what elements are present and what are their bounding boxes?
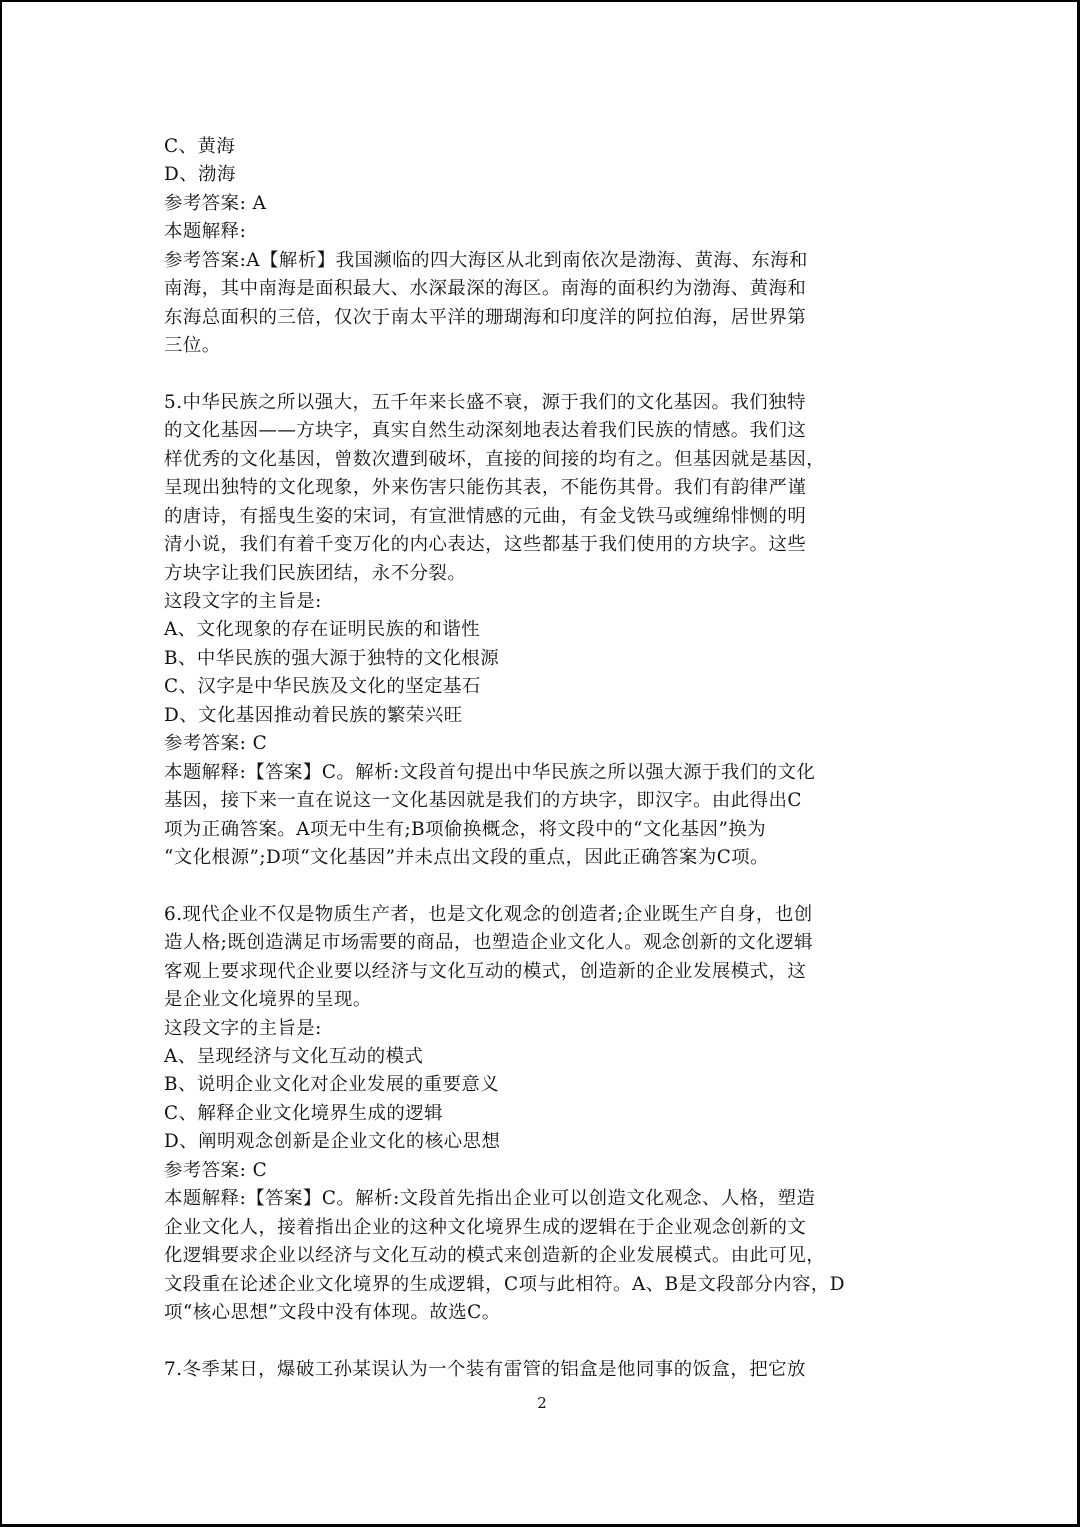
explanation-line: 文段重在论述企业文化境界的生成逻辑，C项与此相符。A、B是文段部分内容，D (164, 1271, 924, 1299)
question-stem-line: 是企业文化境界的呈现。 (164, 986, 924, 1014)
explanation-line: 项“核心思想”文段中没有体现。故选C。 (164, 1299, 924, 1327)
explanation-label: 本题解释: (164, 218, 924, 246)
option-d: D、阐明观念创新是企业文化的核心思想 (164, 1128, 924, 1156)
explanation-line: 企业文化人，接着指出企业的这种文化境界生成的逻辑在于企业观念创新的文 (164, 1214, 924, 1242)
question-stem-line: 造人格;既创造满足市场需要的商品，也塑造企业文化人。观念创新的文化逻辑 (164, 929, 924, 957)
question-stem-line: 方块字让我们民族团结，永不分裂。 (164, 560, 924, 588)
question-6-block: 6.现代企业不仅是物质生产者，也是文化观念的创造者;企业既生产自身，也创 造人格… (164, 901, 924, 1328)
question-prompt: 这段文字的主旨是: (164, 1015, 924, 1043)
explanation-line: 三位。 (164, 332, 924, 360)
reference-answer: 参考答案: C (164, 1157, 924, 1185)
question-7-block: 7.冬季某日，爆破工孙某误认为一个装有雷管的铝盒是他同事的饭盒，把它放 (164, 1356, 924, 1384)
option-d: D、文化基因推动着民族的繁荣兴旺 (164, 702, 924, 730)
question-stem-line: 客观上要求现代企业要以经济与文化互动的模式，创造新的企业发展模式，这 (164, 958, 924, 986)
spacer (164, 872, 924, 900)
question-stem-line: 清小说，我们有着千变万化的内心表达，这些都基于我们使用的方块字。这些 (164, 531, 924, 559)
reference-answer: 参考答案: A (164, 190, 924, 218)
question-stem-line: 的文化基因——方块字，真实自然生动深刻地表达着我们民族的情感。我们这 (164, 417, 924, 445)
option-b: B、中华民族的强大源于独特的文化根源 (164, 645, 924, 673)
explanation-line: 参考答案:A【解析】我国濒临的四大海区从北到南依次是渤海、黄海、东海和 (164, 247, 924, 275)
option-d: D、渤海 (164, 161, 924, 189)
option-a: A、文化现象的存在证明民族的和谐性 (164, 616, 924, 644)
explanation-line: 本题解释:【答案】C。解析:文段首先指出企业可以创造文化观念、人格，塑造 (164, 1185, 924, 1213)
reference-answer: 参考答案: C (164, 730, 924, 758)
document-page: C、黄海 D、渤海 参考答案: A 本题解释: 参考答案:A【解析】我国濒临的四… (0, 0, 1080, 1527)
option-c: C、黄海 (164, 133, 924, 161)
question-stem-line: 6.现代企业不仅是物质生产者，也是文化观念的创造者;企业既生产自身，也创 (164, 901, 924, 929)
option-c: C、解释企业文化境界生成的逻辑 (164, 1100, 924, 1128)
explanation-line: 本题解释:【答案】C。解析:文段首句提出中华民族之所以强大源于我们的文化 (164, 759, 924, 787)
explanation-line: 东海总面积的三倍，仅次于南太平洋的珊瑚海和印度洋的阿拉伯海，居世界第 (164, 304, 924, 332)
question-4-block: C、黄海 D、渤海 参考答案: A 本题解释: 参考答案:A【解析】我国濒临的四… (164, 133, 924, 361)
question-prompt: 这段文字的主旨是: (164, 588, 924, 616)
spacer (164, 1327, 924, 1355)
spacer (164, 361, 924, 389)
explanation-line: “文化根源”;D项“文化基因”并未点出文段的重点，因此正确答案为C项。 (164, 844, 924, 872)
option-b: B、说明企业文化对企业发展的重要意义 (164, 1071, 924, 1099)
option-c: C、汉字是中华民族及文化的坚定基石 (164, 673, 924, 701)
explanation-line: 化逻辑要求企业以经济与文化互动的模式来创造新的企业发展模式。由此可见， (164, 1242, 924, 1270)
question-stem-line: 的唐诗，有摇曳生姿的宋词，有宣泄情感的元曲，有金戈铁马或缠绵悱恻的明 (164, 503, 924, 531)
explanation-line: 项为正确答案。A项无中生有;B项偷换概念，将文段中的“文化基因”换为 (164, 816, 924, 844)
question-stem-line: 样优秀的文化基因，曾数次遭到破坏，直接的间接的均有之。但基因就是基因， (164, 446, 924, 474)
explanation-line: 南海，其中南海是面积最大、水深最深的海区。南海的面积约为渤海、黄海和 (164, 275, 924, 303)
page-number: 2 (2, 1394, 1080, 1412)
question-stem-line: 呈现出独特的文化现象，外来伤害只能伤其表，不能伤其骨。我们有韵律严谨 (164, 474, 924, 502)
question-stem-line: 7.冬季某日，爆破工孙某误认为一个装有雷管的铝盒是他同事的饭盒，把它放 (164, 1356, 924, 1384)
explanation-line: 基因，接下来一直在说这一文化基因就是我们的方块字，即汉字。由此得出C (164, 787, 924, 815)
question-5-block: 5.中华民族之所以强大，五千年来长盛不衰，源于我们的文化基因。我们独特 的文化基… (164, 389, 924, 872)
question-stem-line: 5.中华民族之所以强大，五千年来长盛不衰，源于我们的文化基因。我们独特 (164, 389, 924, 417)
page-content: C、黄海 D、渤海 参考答案: A 本题解释: 参考答案:A【解析】我国濒临的四… (164, 133, 924, 1384)
option-a: A、呈现经济与文化互动的模式 (164, 1043, 924, 1071)
